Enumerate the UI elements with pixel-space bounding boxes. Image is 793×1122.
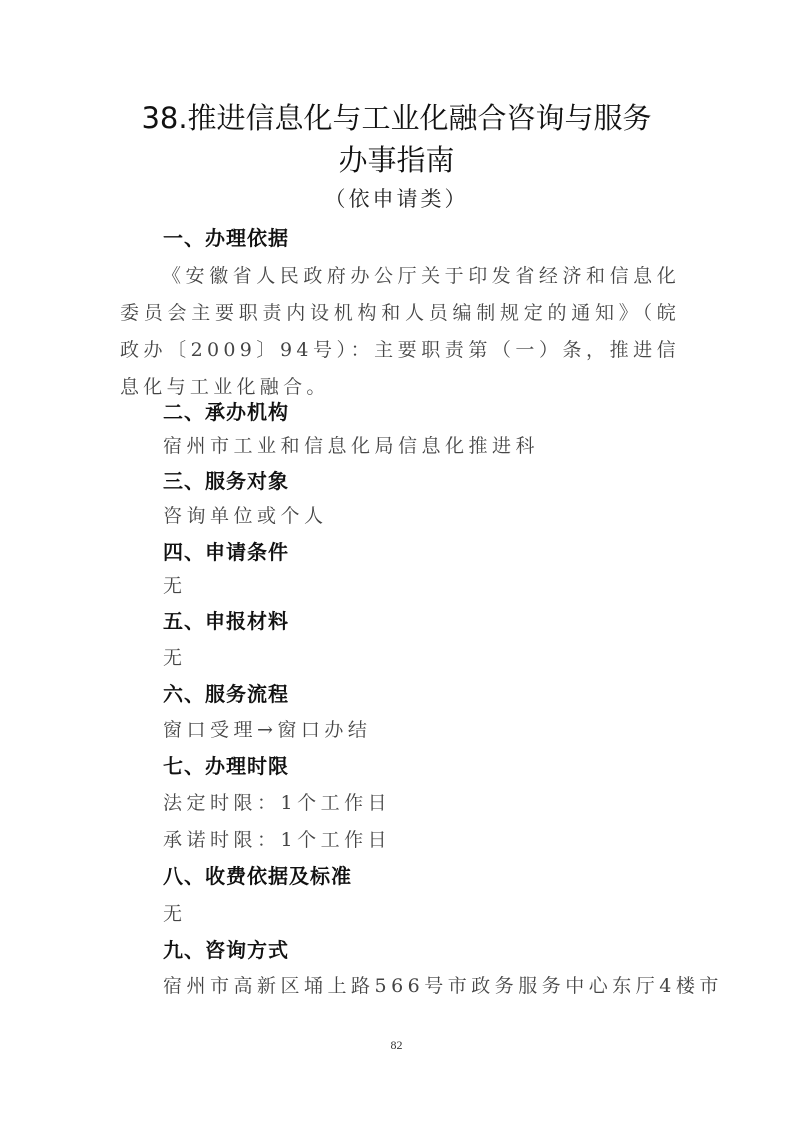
section-text-fees: 无: [163, 900, 187, 928]
section-heading-consultation: 九、咨询方式: [163, 936, 289, 964]
section-heading-materials: 五、申报材料: [163, 607, 289, 635]
document-page: 38.推进信息化与工业化融合咨询与服务 办事指南 （依申请类） 一、办理依据 《…: [0, 0, 793, 1122]
section-heading-time-limit: 七、办理时限: [163, 752, 289, 780]
section-text-materials: 无: [163, 644, 187, 672]
section-heading-agency: 二、承办机构: [163, 398, 289, 426]
section-text-conditions: 无: [163, 572, 187, 600]
section-heading-process: 六、服务流程: [163, 680, 289, 708]
section-text-consultation: 宿州市高新区埇上路566号市政务服务中心东厅4楼市: [163, 972, 723, 1000]
section-text-promised-time-limit: 承诺时限：1个工作日: [163, 826, 391, 854]
section-text-service-target: 咨询单位或个人: [163, 502, 328, 530]
document-title-line1: 38.推进信息化与工业化融合咨询与服务: [0, 100, 793, 136]
section-heading-fees: 八、收费依据及标准: [163, 862, 352, 890]
section-text-agency: 宿州市工业和信息化局信息化推进科: [163, 432, 539, 460]
section-text-process: 窗口受理→窗口办结: [163, 716, 371, 744]
page-number: 82: [0, 1038, 793, 1053]
section-heading-basis: 一、办理依据: [163, 224, 289, 252]
section-heading-service-target: 三、服务对象: [163, 467, 289, 495]
section-heading-conditions: 四、申请条件: [163, 538, 289, 566]
document-title-line2: 办事指南: [0, 142, 793, 178]
section-text-legal-time-limit: 法定时限：1个工作日: [163, 789, 391, 817]
section-paragraph-basis: 《安徽省人民政府办公厅关于印发省经济和信息化委员会主要职责内设机构和人员编制规定…: [120, 258, 680, 406]
document-subtitle: （依申请类）: [0, 184, 793, 214]
